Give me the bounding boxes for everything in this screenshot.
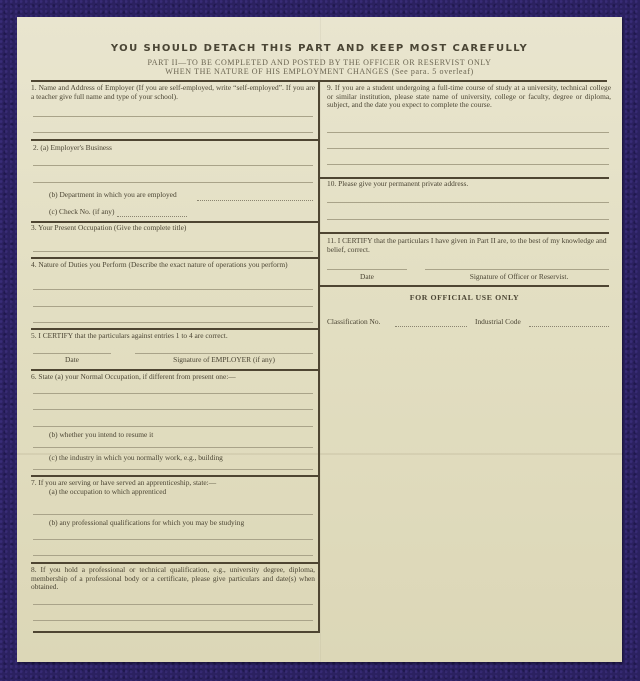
section-divider: [320, 285, 609, 287]
section-divider: [31, 139, 319, 141]
answer-line[interactable]: [33, 182, 313, 183]
answer-line[interactable]: [33, 306, 313, 307]
answer-line[interactable]: [327, 164, 609, 165]
answer-line[interactable]: [33, 132, 313, 133]
date-line[interactable]: [327, 269, 407, 270]
answer-line[interactable]: [33, 165, 313, 166]
employer-signature-line[interactable]: [135, 353, 313, 354]
answer-line[interactable]: [33, 393, 313, 394]
answer-line[interactable]: [33, 116, 313, 117]
department-field[interactable]: [197, 200, 313, 201]
section-divider: [31, 562, 319, 564]
industrial-code-field[interactable]: [529, 326, 609, 327]
column-divider: [318, 80, 320, 633]
section-divider: [31, 328, 319, 330]
classification-no-field[interactable]: [395, 326, 467, 327]
answer-line[interactable]: [33, 620, 313, 621]
section-divider: [31, 475, 319, 477]
answer-line[interactable]: [327, 202, 609, 203]
date-line[interactable]: [33, 353, 111, 354]
officer-signature-line[interactable]: [425, 269, 609, 270]
form-heading: YOU SHOULD DETACH THIS PART AND KEEP MOS…: [17, 43, 622, 54]
answer-line[interactable]: [33, 251, 313, 252]
form-sheet: YOU SHOULD DETACH THIS PART AND KEEP MOS…: [17, 17, 622, 662]
answer-line[interactable]: [327, 219, 609, 220]
form-subheading: PART II—TO BE COMPLETED AND POSTED BY TH…: [17, 58, 622, 76]
section-divider: [31, 257, 319, 259]
section-divider: [31, 369, 319, 371]
answer-line[interactable]: [33, 447, 313, 448]
check-no-field[interactable]: [117, 216, 187, 217]
bottom-rule: [33, 631, 319, 633]
answer-line[interactable]: [327, 148, 609, 149]
answer-line[interactable]: [33, 514, 313, 515]
answer-line[interactable]: [33, 604, 313, 605]
answer-line[interactable]: [33, 289, 313, 290]
answer-line[interactable]: [33, 426, 313, 427]
section-divider: [320, 232, 609, 234]
answer-line[interactable]: [327, 132, 609, 133]
answer-line[interactable]: [33, 322, 313, 323]
answer-line[interactable]: [33, 469, 313, 470]
answer-line[interactable]: [33, 555, 313, 556]
answer-line[interactable]: [33, 409, 313, 410]
answer-line[interactable]: [33, 539, 313, 540]
